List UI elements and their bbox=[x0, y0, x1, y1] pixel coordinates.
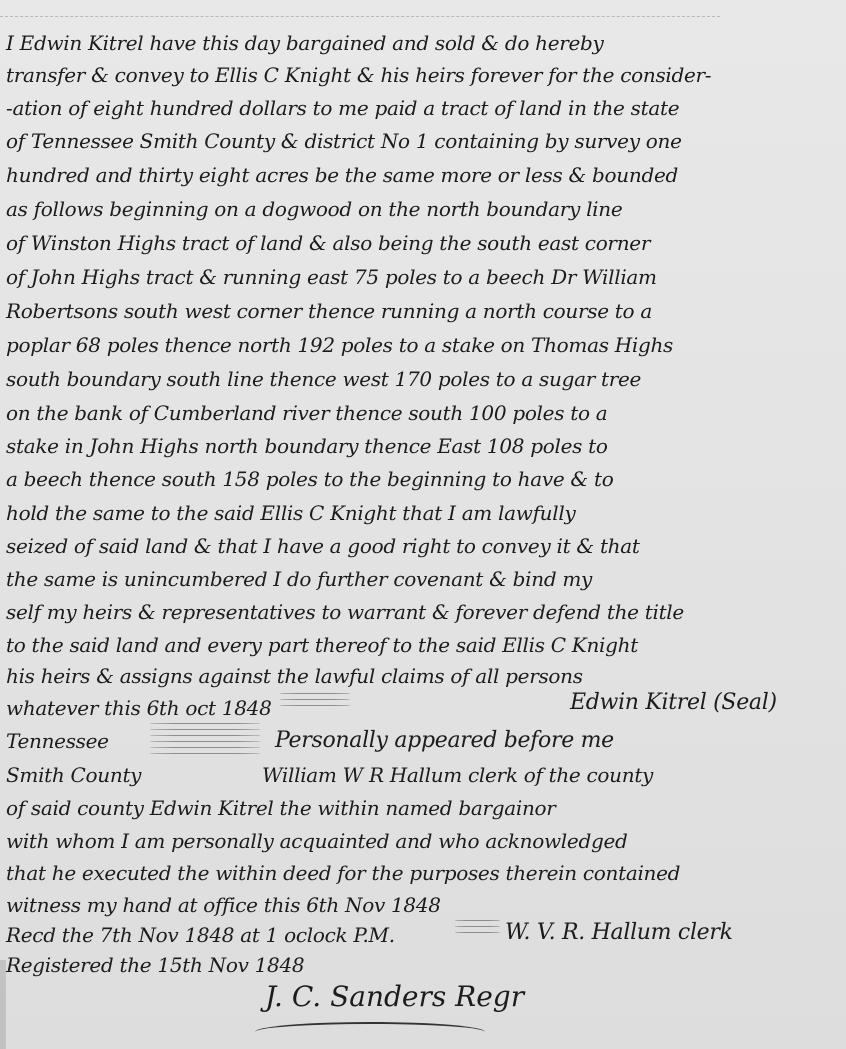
deed-line-10: poplar 68 poles thence north 192 poles t… bbox=[6, 332, 673, 358]
deed-line-1: I Edwin Kitrel have this day bargained a… bbox=[6, 30, 604, 56]
clerk-signature: W. V. R. Hallum clerk bbox=[505, 920, 733, 946]
ack-county: Smith County bbox=[6, 762, 141, 788]
clerk-flourish bbox=[455, 915, 500, 959]
ack-line-2: William W R Hallum clerk of the county bbox=[262, 762, 653, 788]
deed-line-7: of Winston Highs tract of land & also be… bbox=[6, 230, 650, 256]
register-signature: J. C. Sanders Regr bbox=[265, 980, 524, 1013]
deed-line-11: south boundary south line thence west 17… bbox=[6, 366, 641, 392]
signature-underline-flourish bbox=[255, 1022, 485, 1042]
ack-line-3: of said county Edwin Kitrel the within n… bbox=[6, 795, 556, 821]
deed-line-6: as follows beginning on a dogwood on the… bbox=[6, 196, 622, 222]
deed-line-4: of Tennessee Smith County & district No … bbox=[6, 128, 682, 154]
grantor-signature: Edwin Kitrel (Seal) bbox=[570, 690, 777, 716]
registered-line: Registered the 15th Nov 1848 bbox=[6, 952, 304, 978]
deed-line-18: self my heirs & representatives to warra… bbox=[6, 599, 684, 625]
ack-line-4: with whom I am personally acquainted and… bbox=[6, 828, 628, 854]
ack-state: Tennessee bbox=[6, 728, 109, 754]
scan-edge-shadow bbox=[0, 960, 6, 1049]
deed-line-17: the same is unincumbered I do further co… bbox=[6, 566, 592, 592]
deed-line-3: -ation of eight hundred dollars to me pa… bbox=[6, 95, 679, 121]
deed-line-2: transfer & convey to Ellis C Knight & hi… bbox=[6, 62, 711, 88]
deed-line-5: hundred and thirty eight acres be the sa… bbox=[6, 162, 678, 188]
deed-line-20: his heirs & assigns against the lawful c… bbox=[6, 663, 583, 689]
deed-line-8: of John Highs tract & running east 75 po… bbox=[6, 264, 657, 290]
ack-line-5: that he executed the within deed for the… bbox=[6, 860, 680, 886]
deed-line-16: seized of said land & that I have a good… bbox=[6, 533, 640, 559]
ack-line-1: Personally appeared before me bbox=[275, 728, 614, 754]
deed-line-14: a beech thence south 158 poles to the be… bbox=[6, 466, 613, 492]
deed-line-15: hold the same to the said Ellis C Knight… bbox=[6, 500, 575, 526]
received-line: Recd the 7th Nov 1848 at 1 oclock P.M. bbox=[6, 922, 395, 948]
deed-line-19: to the said land and every part thereof … bbox=[6, 632, 638, 658]
scanned-deed-page: I Edwin Kitrel have this day bargained a… bbox=[0, 0, 846, 1049]
flourish-scroll bbox=[280, 688, 350, 732]
deed-line-9: Robertsons south west corner thence runn… bbox=[6, 298, 652, 324]
county-bracket-flourish bbox=[150, 718, 260, 788]
top-rule bbox=[0, 16, 720, 17]
deed-line-12: on the bank of Cumberland river thence s… bbox=[6, 400, 607, 426]
deed-line-13: stake in John Highs north boundary thenc… bbox=[6, 433, 608, 459]
ack-line-6: witness my hand at office this 6th Nov 1… bbox=[6, 892, 441, 918]
